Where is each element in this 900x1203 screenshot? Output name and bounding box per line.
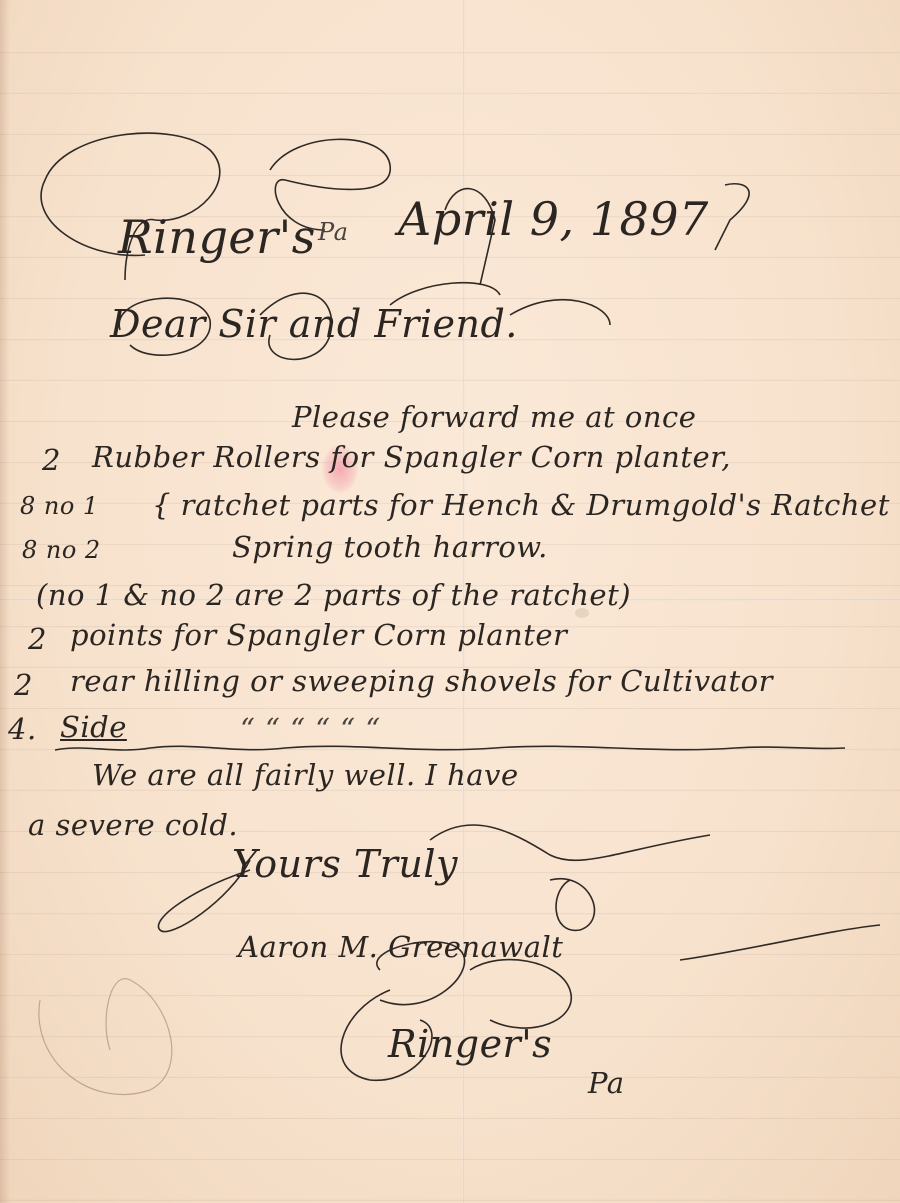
header-state: Pa [318,218,348,246]
order-text: rear hilling or sweeping shovels for Cul… [70,664,773,698]
order-text: { ratchet parts for Hench & Drumgold's R… [152,488,890,522]
order-text: Spring tooth harrow. [232,530,548,564]
signature-name: Aaron M. Greenawalt [238,930,563,964]
salutation: Dear Sir and Friend. [110,302,518,346]
bleed-through-mark [30,940,230,1120]
order-note-text: (no 1 & no 2 are 2 parts of the ratchet) [36,578,631,612]
paper-edge-shadow [0,0,10,1203]
order-text: Side [60,710,127,744]
order-text: points for Spangler Corn planter [70,618,567,652]
order-qty: 2 [28,622,47,656]
letter-page: Ringer's Pa April 9, 1897 Dear Sir and F… [0,0,900,1203]
closing-note-line-1: We are all fairly well. I have [92,758,519,792]
signature-state: Pa [588,1066,625,1100]
signature-place: Ringer's [388,1022,552,1066]
closing: Yours Truly [232,842,458,886]
header-place: Ringer's [118,210,316,264]
order-text: Rubber Rollers for Spangler Corn planter… [92,440,731,474]
header-date: April 9, 1897 [398,192,709,246]
ditto-underline [55,740,855,760]
order-qty: 8 no 1 [20,492,99,520]
body-intro: Please forward me at once [292,400,696,434]
order-qty: 2 [14,668,33,702]
order-qty: 2 [42,443,61,477]
order-qty: 4. [8,712,37,746]
order-qty: 8 no 2 [22,536,101,564]
